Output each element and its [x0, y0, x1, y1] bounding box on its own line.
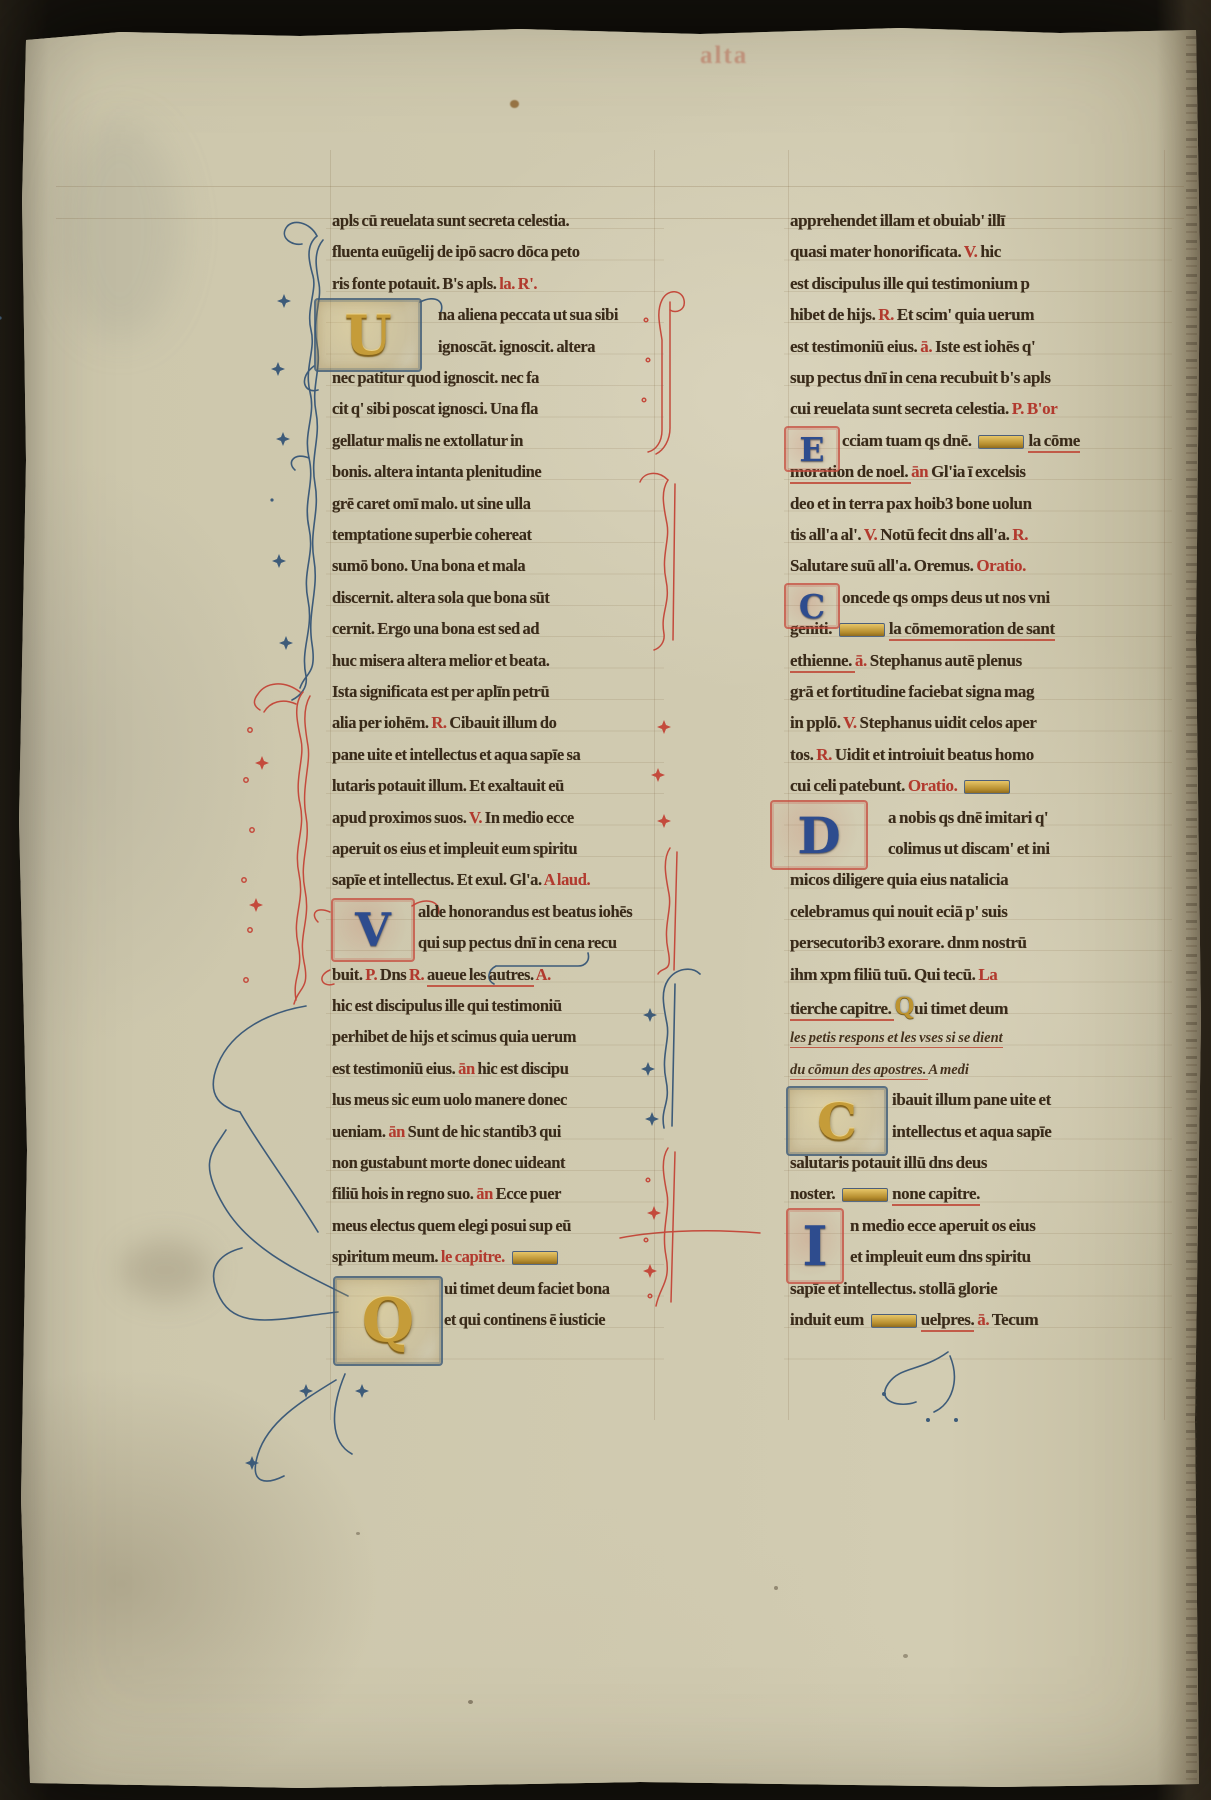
script-text: Et scim' quia uerum	[897, 305, 1034, 324]
rubric-text: A laud.	[544, 870, 591, 889]
text-line: et impleuit eum dns spiritu	[790, 1242, 1162, 1273]
text-line: apud proximos suos. V. In medio ecce	[332, 803, 654, 834]
script-text: est testimoniū eius.	[332, 1059, 458, 1078]
speck	[903, 1654, 908, 1658]
illuminated-initial-e: E	[784, 426, 840, 472]
script-text: Q	[894, 991, 914, 1020]
text-line: cit q' sibi poscat ignosci. Una fla	[332, 394, 654, 425]
text-line: celebramus qui nouit eciā p' suis	[790, 897, 1162, 928]
text-line: quasi mater honorificata. V. hic	[790, 237, 1162, 268]
text-line: lutaris potauit illum. Et exaltauit eū	[332, 771, 654, 802]
script-text: alde honorandus est beatus iohēs	[418, 902, 632, 921]
script-text: micos diligere quia eius natalicia	[790, 870, 1008, 889]
script-text: ris fonte potauit. B's apls.	[332, 274, 499, 293]
rubric-text: V.	[469, 808, 482, 827]
illuminated-initial-v: V	[331, 898, 415, 962]
script-text: hic est discipu	[477, 1059, 568, 1078]
script-text: sumō bono. Una bona et mala	[332, 556, 525, 575]
script-text: et impleuit eum dns spiritu	[850, 1247, 1031, 1266]
script-text: sup pectus dnī in cena recubuit b's apls	[790, 368, 1051, 387]
text-line: oncede qs omps deus ut nos vni	[790, 583, 1162, 614]
text-line: meus electus quem elegi posui sup eū	[332, 1211, 654, 1242]
script-text: discernit. altera sola que bona sūt	[332, 588, 550, 607]
script-text: cui reuelata sunt secreta celestia.	[790, 399, 1012, 418]
script-text: Stephanus uidit celos aper	[860, 713, 1037, 732]
gold-line-filler	[512, 1251, 558, 1265]
script-text: spiritum meum.	[332, 1247, 441, 1266]
gold-line-filler	[978, 435, 1024, 449]
script-text: Ecce puer	[496, 1184, 562, 1203]
text-line: induit eum uelpres. ā. Tecum	[790, 1305, 1162, 1336]
script-text: ui timet deum	[914, 999, 1008, 1018]
script-text: apls cū reuelata sunt secreta celestia.	[332, 211, 569, 230]
script-text: temptatione superbie cohereat	[332, 525, 532, 544]
text-line: deo et in terra pax hoib3 bone uolun	[790, 489, 1162, 520]
script-text: Notū fecit dns all'a.	[880, 525, 1012, 544]
script-text: Salutare suū all'a. Oremus.	[790, 556, 976, 575]
illuminated-initial-i: I	[786, 1208, 844, 1284]
script-text: est discipulus ille qui testimonium p	[790, 274, 1030, 293]
text-line: tis all'a al'. V. Notū fecit dns all'a. …	[790, 520, 1162, 551]
gold-line-filler	[839, 623, 885, 637]
text-line: ueniam. ān Sunt de hic stantib3 qui	[332, 1117, 654, 1148]
script-text: et qui continens ē iusticie	[444, 1310, 605, 1329]
script-text: noster.	[790, 1184, 838, 1203]
illuminated-initial-c: C	[784, 583, 840, 629]
text-line: tierche capitre. Qui timet deum	[790, 991, 1162, 1022]
text-line: hic est discipulus ille qui testimoniū	[332, 991, 654, 1022]
script-text: meus electus quem elegi posui sup eū	[332, 1216, 571, 1235]
text-line: du cōmun des apostres. A medi	[790, 1054, 1162, 1085]
text-line: in pplō. V. Stephanus uidit celos aper	[790, 708, 1162, 739]
script-text: huc misera altera melior et beata.	[332, 651, 550, 670]
rubric-text: V.	[843, 713, 859, 732]
rubric-text: ā.	[920, 337, 935, 356]
text-line: tos. R. Uidit et introiuit beatus homo	[790, 740, 1162, 771]
rubric-text: R.	[1012, 525, 1028, 544]
script-text: ihm xpm filiū tuū. Qui tecū.	[790, 965, 978, 984]
illuminated-initial-q: Q	[333, 1276, 443, 1366]
script-text: ui timet deum faciet bona	[444, 1279, 610, 1298]
script-text: Ista significata est per aplīn petrū	[332, 682, 549, 701]
text-line: sapīe et intellectus. stollā glorie	[790, 1274, 1162, 1305]
speck	[774, 1586, 778, 1590]
text-line: cernit. Ergo una bona est sed ad	[332, 614, 654, 645]
text-line: n medio ecce aperuit os eius	[790, 1211, 1162, 1242]
text-line: apls cū reuelata sunt secreta celestia.	[332, 206, 654, 237]
rubric-text: Oratio.	[908, 776, 960, 795]
text-line: perhibet de hijs et scimus quia uerum	[332, 1022, 654, 1053]
script-text: ignoscāt. ignoscit. altera	[438, 337, 595, 356]
script-text: celebramus qui nouit eciā p' suis	[790, 902, 1007, 921]
script-text: aueue les autres.	[427, 965, 534, 987]
script-text: Stephanus autē plenus	[870, 651, 1022, 670]
rubric-text: R.	[878, 305, 897, 324]
gold-line-filler	[842, 1188, 888, 1202]
text-line: ihm xpm filiū tuū. Qui tecū. La	[790, 960, 1162, 991]
script-text: intellectus et aqua sapīe	[892, 1122, 1051, 1141]
script-text: la cōmemoration de sant	[889, 619, 1055, 641]
text-line: Salutare suū all'a. Oremus. Oratio.	[790, 551, 1162, 582]
text-line: est discipulus ille qui testimonium p	[790, 269, 1162, 300]
text-line: sumō bono. Una bona et mala	[332, 551, 654, 582]
script-text: quasi mater honorificata.	[790, 242, 964, 261]
text-line: persecutorib3 exorare. dnm nostrū	[790, 928, 1162, 959]
text-line: gellatur malis ne extollatur in	[332, 426, 654, 457]
script-text: filiū hois in regno suo.	[332, 1184, 476, 1203]
manuscript-photo: alta	[0, 0, 1211, 1800]
script-text: aperuit os eius et impleuit eum spiritu	[332, 839, 577, 858]
script-text: apud proximos suos.	[332, 808, 469, 827]
text-line: ethienne. ā. Stephanus autē plenus	[790, 646, 1162, 677]
illuminated-initial-c: C	[786, 1086, 888, 1156]
text-line: huc misera altera melior et beata.	[332, 646, 654, 677]
script-text: ueniam.	[332, 1122, 388, 1141]
text-line: non gustabunt morte donec uideant	[332, 1148, 654, 1179]
rubric-text: ān	[388, 1122, 407, 1141]
gold-line-filler	[964, 780, 1010, 794]
text-line: ris fonte potauit. B's apls. la. R'.	[332, 269, 654, 300]
script-text: in pplō.	[790, 713, 843, 732]
script-text: cciam tuam qs dnē.	[842, 431, 974, 450]
script-text: gellatur malis ne extollatur in	[332, 431, 523, 450]
script-text: Cibauit illum do	[447, 713, 557, 732]
rubric-text: R.	[409, 965, 427, 984]
script-text: induit eum	[790, 1310, 867, 1329]
text-line: apprehendet illam et obuiab' illī	[790, 206, 1162, 237]
illuminated-initial-d: D	[770, 800, 868, 870]
script-text: In medio ecce	[482, 808, 574, 827]
script-text: apprehendet illam et obuiab' illī	[790, 211, 1005, 230]
rubric-text: R.	[431, 713, 446, 732]
script-text: alia per iohēm.	[332, 713, 431, 732]
rubric-text: ān	[476, 1184, 495, 1203]
rubric-text: La	[978, 965, 997, 984]
script-text: lus meus sic eum uolo manere donec	[332, 1090, 567, 1109]
script-text: tos.	[790, 745, 816, 764]
script-text: hic	[980, 242, 1001, 261]
rubric-text: V.	[964, 242, 980, 261]
text-line: buit. P. Dns R. aueue les autres. A.	[332, 960, 654, 991]
text-line: bonis. altera intanta plenitudine	[332, 457, 654, 488]
rubric-text: ā.	[974, 1310, 991, 1329]
text-line: Ista significata est per aplīn petrū	[332, 677, 654, 708]
rubric-text: P. B'or	[1012, 399, 1058, 418]
ink-spot	[510, 100, 519, 108]
gold-line-filler	[871, 1314, 917, 1328]
rubric-text: ā.	[855, 651, 870, 670]
script-text: tierche capitre.	[790, 999, 894, 1021]
script-text: tis all'a al'.	[790, 525, 864, 544]
script-text: est testimoniū eius.	[790, 337, 920, 356]
rubric-text: Oratio.	[976, 556, 1026, 575]
rubric-text: R.	[816, 745, 835, 764]
text-line: geniti. la cōmemoration de sant	[790, 614, 1162, 645]
rubric-text: le capitre.	[441, 1247, 508, 1266]
script-text: persecutorib3 exorare. dnm nostrū	[790, 933, 1027, 952]
speck	[468, 1700, 473, 1704]
script-text: A medi	[928, 1062, 969, 1078]
script-text: na aliena peccata ut sua sibi	[438, 305, 618, 324]
script-text: cernit. Ergo una bona est sed ad	[332, 619, 539, 638]
illuminated-initial-u: U	[314, 298, 422, 372]
text-line: cui reuelata sunt secreta celestia. P. B…	[790, 394, 1162, 425]
rubric-text: ān	[911, 462, 931, 481]
text-line: noster. none capitre.	[790, 1179, 1162, 1210]
script-text: grē caret omī malo. ut sine ulla	[332, 494, 531, 513]
script-text: uelpres.	[921, 1310, 975, 1332]
text-line: temptatione superbie cohereat	[332, 520, 654, 551]
rubric-text: P.	[365, 965, 380, 984]
script-text: bonis. altera intanta plenitudine	[332, 462, 541, 481]
text-line: est testimoniū eius. ān hic est discipu	[332, 1054, 654, 1085]
script-text: grā et fortitudine faciebat signa mag	[790, 682, 1034, 701]
script-text: n medio ecce aperuit os eius	[850, 1216, 1035, 1235]
rubric-text: ān	[458, 1059, 477, 1078]
text-line: hibet de hijs. R. Et scim' quia uerum	[790, 300, 1162, 331]
text-line: est testimoniū eius. ā. Iste est iohēs q…	[790, 332, 1162, 363]
script-text: Dns	[380, 965, 409, 984]
script-text: colimus ut discam' et ini	[888, 839, 1050, 858]
rubric-text: A.	[534, 965, 551, 984]
rubric-text: la. R'.	[499, 274, 537, 293]
script-text: lutaris potauit illum. Et exaltauit eū	[332, 776, 564, 795]
script-text: perhibet de hijs et scimus quia uerum	[332, 1027, 576, 1046]
text-line: discernit. altera sola que bona sūt	[332, 583, 654, 614]
script-text: les petis respons et les vses si se dien…	[790, 1030, 1003, 1048]
script-text: Gl'ia ī excelsis	[931, 462, 1026, 481]
text-line: spiritum meum. le capitre.	[332, 1242, 654, 1273]
text-line: les petis respons et les vses si se dien…	[790, 1022, 1162, 1053]
script-text: fluenta euūgelij de ipō sacro dōca peto	[332, 242, 580, 261]
script-text: Uidit et introiuit beatus homo	[835, 745, 1034, 764]
script-text: hibet de hijs.	[790, 305, 878, 324]
text-line: filiū hois in regno suo. ān Ecce puer	[332, 1179, 654, 1210]
stain	[60, 120, 180, 340]
script-text: cit q' sibi poscat ignosci. Una fla	[332, 399, 538, 418]
script-text: Sunt de hic stantib3 qui	[408, 1122, 561, 1141]
rubric-text: V.	[864, 525, 880, 544]
text-line: micos diligere quia eius natalicia	[790, 865, 1162, 896]
script-text: du cōmun des apostres.	[790, 1062, 928, 1080]
stain	[120, 1240, 210, 1300]
text-line: aperuit os eius et impleuit eum spiritu	[332, 834, 654, 865]
script-text: Iste est iohēs q'	[935, 337, 1035, 356]
script-text: cui celi patebunt.	[790, 776, 908, 795]
script-text: non gustabunt morte donec uideant	[332, 1153, 565, 1172]
script-text: ethienne.	[790, 651, 855, 673]
text-line: grē caret omī malo. ut sine ulla	[332, 489, 654, 520]
script-text: Tecum	[992, 1310, 1039, 1329]
text-line: grā et fortitudine faciebat signa mag	[790, 677, 1162, 708]
script-text: qui sup pectus dnī in cena recu	[418, 933, 617, 952]
script-text: oncede qs omps deus ut nos vni	[842, 588, 1050, 607]
text-line: cciam tuam qs dnē. la cōme	[790, 426, 1162, 457]
script-text: deo et in terra pax hoib3 bone uolun	[790, 494, 1032, 513]
speck	[356, 1532, 360, 1535]
text-line: sup pectus dnī in cena recubuit b's apls	[790, 363, 1162, 394]
script-text: pane uite et intellectus et aqua sapīe s…	[332, 745, 580, 764]
text-line: lus meus sic eum uolo manere donec	[332, 1085, 654, 1116]
script-text: hic est discipulus ille qui testimoniū	[332, 996, 562, 1015]
text-line: fluenta euūgelij de ipō sacro dōca peto	[332, 237, 654, 268]
text-line: cui celi patebunt. Oratio.	[790, 771, 1162, 802]
text-line: moration de noel. ān Gl'ia ī excelsis	[790, 457, 1162, 488]
text-line: alia per iohēm. R. Cibauit illum do	[332, 708, 654, 739]
text-line: pane uite et intellectus et aqua sapīe s…	[332, 740, 654, 771]
script-text: buit.	[332, 965, 365, 984]
script-text: ibauit illum pane uite et	[892, 1090, 1051, 1109]
script-text: sapīe et intellectus. Et exul. Gl'a.	[332, 870, 544, 889]
script-text: none capitre.	[892, 1184, 980, 1206]
script-text: la cōme	[1028, 431, 1079, 453]
text-line: sapīe et intellectus. Et exul. Gl'a. A l…	[332, 865, 654, 896]
script-text: a nobis qs dnē imitari q'	[888, 808, 1048, 827]
